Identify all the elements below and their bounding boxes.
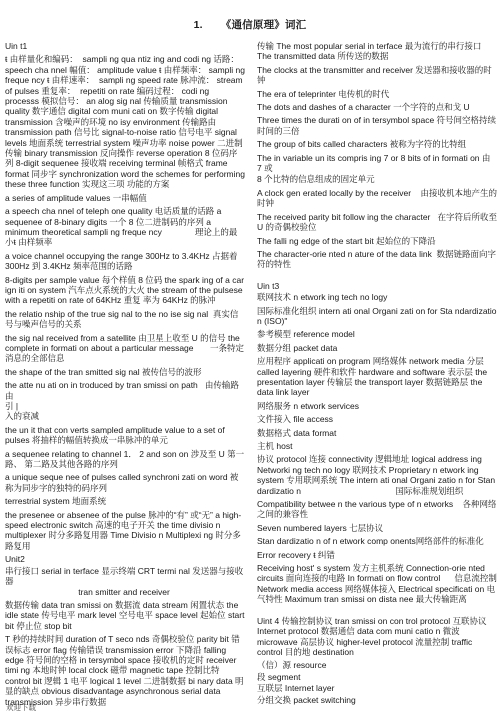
vocab-paragraph: The falli ng edge of the start bit 起始位的下…	[257, 236, 497, 246]
vocab-paragraph: the presenee or absenee of the pulse 脉冲的…	[5, 510, 245, 552]
vocab-paragraph: The clocks at the transmitter and receiv…	[257, 65, 497, 86]
vocab-paragraph: Uint 4 传输控制协议 tran smissi on con trol pr…	[257, 616, 497, 658]
vocab-paragraph: a voice channel occupying the range 300H…	[5, 251, 245, 272]
download-footer-note: 欢迎下载	[6, 702, 36, 713]
vocab-paragraph: the un it that con verts sampled amplitu…	[5, 425, 245, 446]
vocab-paragraph: 8 个比特的信息组成的固定单元	[257, 174, 497, 184]
vocab-paragraph: Stan dardizatio n of n etwork comp onent…	[257, 536, 497, 546]
vocab-paragraph: T 秒的持续时间 duration of T seco nds 奇偶校验位 pa…	[5, 634, 245, 707]
vocab-paragraph: a unique seque nee of pulses called sync…	[5, 472, 245, 493]
vocab-paragraph: 分组交换 packet switching	[257, 695, 497, 705]
vocab-paragraph: Receiving host' s system 发方主机系统 Connecti…	[257, 563, 497, 605]
vocab-paragraph: The dots and dashes of a character 一个字符的…	[257, 102, 497, 112]
two-column-body: Uin t1 ŧ 由样量化和编码： sampli ng qua ntiz ing…	[0, 32, 500, 710]
vocab-paragraph: 协议 protocol 连接 connectivity 逻辑地址 logical…	[257, 454, 497, 496]
left-column: Uin t1 ŧ 由样量化和编码： sampli ng qua ntiz ing…	[5, 41, 245, 710]
vocab-paragraph: 联网技术 n etwork ing tech no logy	[257, 292, 497, 302]
vocab-paragraph: The character-orie nted n ature of the d…	[257, 249, 497, 270]
vocab-paragraph: a sequenee relating to channel 1． 2 and …	[5, 449, 245, 470]
vocab-paragraph: 段 segment	[257, 672, 497, 682]
vocab-paragraph: ŧ 由样量化和编码： sampli ng qua ntiz ing and co…	[5, 54, 245, 189]
vocab-paragraph: The group of bits called characters 被称为字…	[257, 139, 497, 149]
vocab-paragraph: 数据分组 packet data	[257, 343, 497, 353]
vocab-paragraph: 串行接口 serial in terface 显示终端 CRT termi na…	[5, 566, 245, 597]
vocab-paragraph: 文件接入 file access	[257, 414, 497, 424]
vocab-paragraph: The received parity bit follow ing the c…	[257, 212, 497, 233]
title-text: 《通信原理》词汇	[221, 19, 307, 31]
vocab-paragraph: The in variable un its compris ing 7 or …	[257, 153, 497, 174]
vocab-paragraph: 8-digits per sample value 每个样值 8 位码 the …	[5, 275, 245, 306]
vocab-paragraph: 主机 host	[257, 441, 497, 451]
unit-heading: Unit2	[5, 554, 245, 564]
vocab-paragraph: 网络服务 n etwork services	[257, 401, 497, 411]
vocab-paragraph: 国际标准化组织 intern ati onal Organi zati on f…	[257, 306, 497, 327]
right-column: 传输 The most popular serial in terface 最为…	[257, 41, 497, 710]
vocab-paragraph: 数据传输 data tran smissi on 数据流 data stream…	[5, 600, 245, 631]
vocab-paragraph: The era of teleprinter 电传机的时代	[257, 89, 497, 99]
vocab-paragraph: Three times the durati on of in tersymbo…	[257, 115, 497, 136]
vocab-paragraph: Compatibility betwee n the various type …	[257, 499, 497, 520]
vocab-paragraph: the relatio nship of the true sig nal to…	[5, 309, 245, 330]
unit-heading: Uin t3	[257, 281, 497, 291]
vocab-paragraph: the sig nal received from a satellite 由卫…	[5, 333, 245, 364]
vocab-paragraph: 参考模型 reference model	[257, 329, 497, 339]
vocab-paragraph: a series of amplitude values 一串幅值	[5, 193, 245, 203]
vocab-paragraph: Seven numbered layers 七层协议	[257, 523, 497, 533]
vocab-paragraph: the atte nu ati on in troduced by tran s…	[5, 380, 245, 422]
unit-heading: Uin t1	[5, 41, 245, 51]
vocab-paragraph: Error recovery ŧ 纠错	[257, 550, 497, 560]
vocab-paragraph: 应用程序 applicati on program 网络媒体 network m…	[257, 356, 497, 398]
document-page: 1.《通信原理》词汇 Uin t1 ŧ 由样量化和编码： sampli ng q…	[0, 0, 500, 718]
vocab-paragraph: terrestrial system 地面系统	[5, 496, 245, 506]
vocab-paragraph: 互联层 Internet layer	[257, 683, 497, 693]
vocab-paragraph: （信）源 resource	[257, 660, 497, 670]
title-number: 1.	[194, 19, 203, 31]
vocab-paragraph: 传输 The most popular serial in terface 最为…	[257, 41, 497, 62]
vocab-paragraph: 数据格式 data format	[257, 428, 497, 438]
vocab-paragraph: a speech cha nnel of teleph one quality …	[5, 206, 245, 248]
vocab-paragraph: the shape of the tran smitted sig nal 被传…	[5, 367, 245, 377]
vocab-paragraph: A clock gen erated locally by the receiv…	[257, 188, 497, 209]
document-title: 1.《通信原理》词汇	[0, 0, 500, 32]
